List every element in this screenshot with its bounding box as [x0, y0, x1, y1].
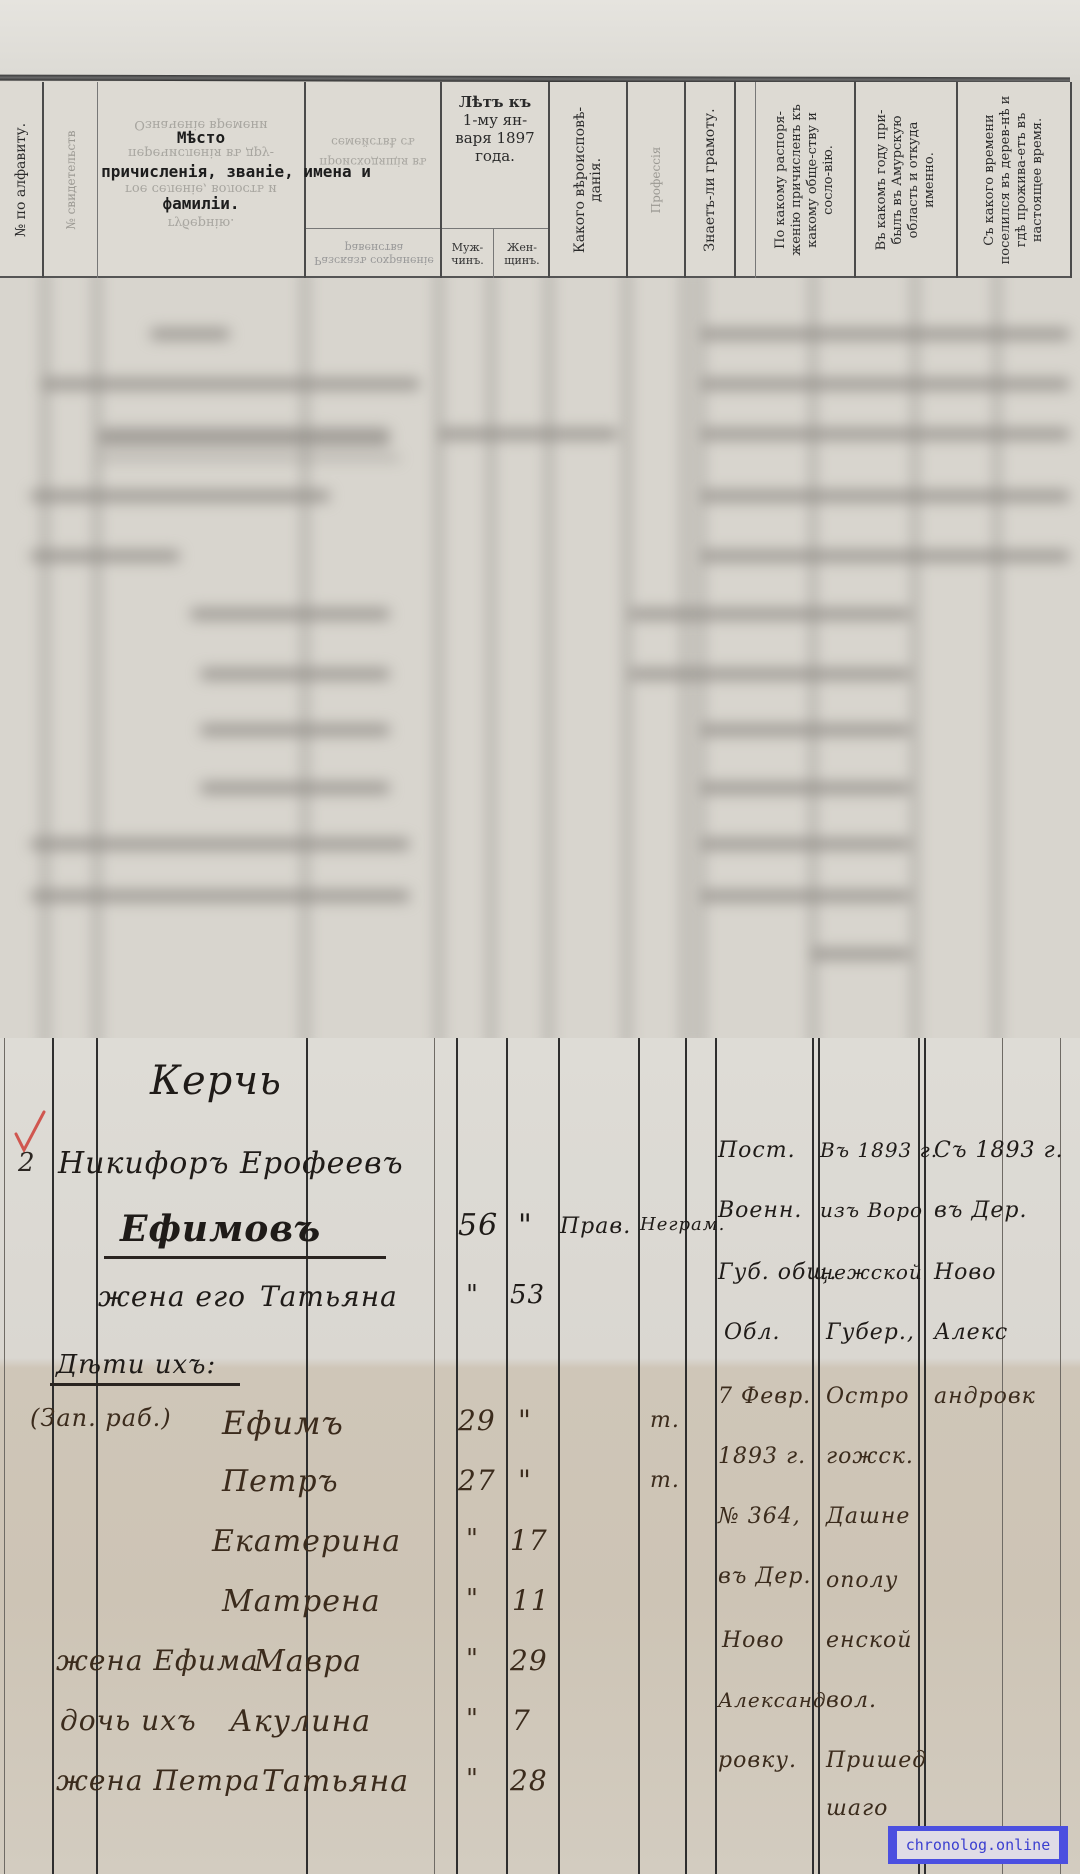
member-name: Ефимъ — [222, 1404, 344, 1442]
settled-line: Ново — [934, 1260, 996, 1285]
order-line: Обл. — [724, 1320, 780, 1345]
arrival-line: Губер., — [826, 1320, 915, 1345]
arrival-line: Дашне — [826, 1504, 910, 1529]
literacy-value: Неграм. — [640, 1214, 725, 1235]
arrival-line: Въ 1893 г. — [820, 1138, 938, 1162]
arrival-line: вол. — [826, 1688, 877, 1713]
column-rule — [715, 1038, 717, 1874]
member-extra: m. — [650, 1468, 680, 1493]
header-label: фамиліи. — [98, 194, 304, 214]
column-rule — [434, 1038, 435, 1874]
settled-line: Съ 1893 г. — [934, 1138, 1064, 1163]
member-age-female: 11 — [512, 1584, 550, 1617]
column-rule — [1060, 1038, 1061, 1874]
member-age-female: 7 — [512, 1704, 531, 1737]
entry-heading: Керчь — [150, 1058, 282, 1104]
family-surname: Ефимовъ — [120, 1208, 321, 1250]
column-rule — [52, 1038, 54, 1874]
column-rule — [558, 1038, 560, 1874]
column-rule — [685, 1038, 687, 1874]
header-label: № по алфавиту. — [13, 123, 29, 237]
subheader-male: Муж-чинъ. — [442, 229, 494, 279]
arrival-line: Остро — [826, 1384, 910, 1409]
settled-line: Алекс — [934, 1320, 1008, 1345]
header-label: Лѣтъ къ — [442, 92, 548, 112]
member-age-female: 28 — [510, 1764, 548, 1797]
header-label: Знаетъ-ли грамоту. — [702, 108, 718, 251]
arrival-line: енской — [826, 1628, 912, 1653]
member-age-female: 17 — [510, 1524, 548, 1557]
document-scan: № по алфавиту. № свидетельств Означеніе … — [0, 0, 1080, 1874]
site-watermark: chronolog.online — [888, 1826, 1068, 1864]
member-age-male: " — [466, 1764, 479, 1794]
member-age-female: " — [518, 1464, 532, 1497]
children-label: Дѣти ихъ: — [56, 1350, 216, 1380]
order-line: Ново — [722, 1628, 784, 1653]
member-age-male: " — [466, 1644, 479, 1674]
member-relation: жена Ефима — [56, 1644, 259, 1677]
member-name: Матрена — [222, 1584, 381, 1619]
order-line: № 364, — [718, 1504, 801, 1529]
header-col-extra: Профессія — [628, 82, 686, 278]
order-line: Пост. — [718, 1138, 796, 1163]
ghost-text: Профессія — [648, 147, 664, 214]
header-col-family: происходящія въ семействѣ съ Разсказъ со… — [306, 82, 442, 278]
member-extra: m. — [650, 1408, 680, 1433]
ghost-text: губернію. — [98, 212, 304, 232]
member-name: Мавра — [254, 1644, 362, 1679]
handwritten-entry: 2 Керчь Никифоръ Ерофеевъ Ефимовъ 56 " П… — [0, 1038, 1080, 1874]
head-age-male: 56 — [458, 1208, 498, 1243]
header-col-arrival: Въ какомъ году при-былъ въ Амурскую обла… — [856, 82, 958, 278]
member-name: Петръ — [222, 1464, 339, 1499]
column-rule — [506, 1038, 508, 1874]
order-line: 7 Февр. — [718, 1384, 811, 1409]
member-name: Татьяна — [260, 1280, 398, 1313]
member-age-female: 53 — [510, 1280, 545, 1310]
header-col-religion: Какого вѣроисповѣ-данія. — [550, 82, 628, 278]
order-line: ровку. — [718, 1748, 797, 1773]
column-rule — [4, 1038, 5, 1874]
redacted-entry — [0, 278, 1080, 1038]
header-col-blank — [736, 82, 756, 278]
head-age-female: " — [518, 1208, 533, 1243]
member-relation: жена Петра — [56, 1764, 261, 1797]
member-relation: жена его — [98, 1280, 246, 1313]
paper-top-margin — [0, 0, 1080, 80]
header-label: По какому распоря-женію причисленъ къ ка… — [773, 95, 837, 265]
header-col-alpha-no: № по алфавиту. — [0, 82, 44, 278]
member-relation: дочь ихъ — [60, 1704, 197, 1737]
member-age-male: 27 — [458, 1464, 496, 1497]
row-number: 2 — [18, 1148, 35, 1178]
header-subrow: Муж-чинъ. Жен-щинъ. — [442, 228, 548, 278]
member-age-female: " — [518, 1404, 532, 1437]
settled-line: въ Дер. — [934, 1198, 1027, 1223]
header-label: Въ какомъ году при-былъ въ Амурскую обла… — [874, 95, 938, 265]
member-age-male: " — [466, 1584, 479, 1614]
subheader-female: Жен-щинъ. — [494, 229, 550, 279]
ghost-text: перечисленія въ дру- — [98, 142, 304, 162]
column-rule — [1002, 1038, 1003, 1874]
watermark-text: chronolog.online — [897, 1831, 1059, 1859]
settled-line: андровк — [934, 1384, 1036, 1409]
member-age-male: " — [466, 1524, 479, 1554]
member-relation: (Зап. раб.) — [30, 1404, 172, 1432]
member-age-male: " — [466, 1280, 479, 1310]
header-col-place: Означеніе времени Мѣсто перечисленія въ … — [98, 82, 306, 278]
order-line: 1893 г. — [718, 1444, 806, 1469]
header-label: Съ какого времени поселился въ дерев-нѣ … — [982, 95, 1046, 265]
form-header: № по алфавиту. № свидетельств Означеніе … — [0, 82, 1072, 278]
header-subrow: Разсказъ сохраненіе равенства — [306, 228, 440, 278]
column-rule — [812, 1038, 814, 1874]
surname-underline — [104, 1256, 386, 1259]
arrival-line: шаго — [826, 1796, 888, 1821]
header-label: года. — [442, 146, 548, 166]
header-col-order: По какому распоря-женію причисленъ къ ка… — [756, 82, 856, 278]
arrival-line: гожск. — [826, 1444, 914, 1469]
ghost-text: происходящія въ семействѣ съ — [306, 132, 440, 172]
arrival-line: ополу — [826, 1568, 898, 1593]
column-rule — [638, 1038, 640, 1874]
header-label: 1-му ян- — [442, 110, 548, 130]
column-rule — [456, 1038, 458, 1874]
arrival-line: нежской — [820, 1260, 923, 1284]
ghost-text: Разсказъ сохраненіе равенства — [306, 229, 442, 279]
header-label: варя 1897 — [442, 128, 548, 148]
member-age-female: 29 — [510, 1644, 548, 1677]
arrival-line: Пришед — [826, 1748, 927, 1773]
order-line: Военн. — [718, 1198, 802, 1223]
arrival-line: изъ Воро — [820, 1198, 923, 1222]
header-col-age: Лѣтъ къ 1-му ян- варя 1897 года. Муж-чин… — [442, 82, 550, 278]
order-line: Александ — [718, 1688, 827, 1712]
member-name: Екатерина — [212, 1524, 401, 1559]
member-name: Татьяна — [262, 1764, 409, 1799]
head-of-family-name: Никифоръ Ерофеевъ — [58, 1146, 404, 1181]
header-label: Какого вѣроисповѣ-данія. — [572, 100, 604, 260]
header-col-settled: Съ какого времени поселился въ дерев-нѣ … — [958, 82, 1072, 278]
header-col-literacy: Знаетъ-ли грамоту. — [686, 82, 736, 278]
member-age-male: " — [466, 1704, 479, 1734]
member-age-male: 29 — [458, 1404, 496, 1437]
order-line: въ Дер. — [718, 1564, 811, 1589]
member-name: Акулина — [230, 1704, 371, 1739]
religion-value: Прав. — [560, 1214, 631, 1239]
column-rule — [818, 1038, 820, 1874]
children-underline — [50, 1383, 240, 1386]
